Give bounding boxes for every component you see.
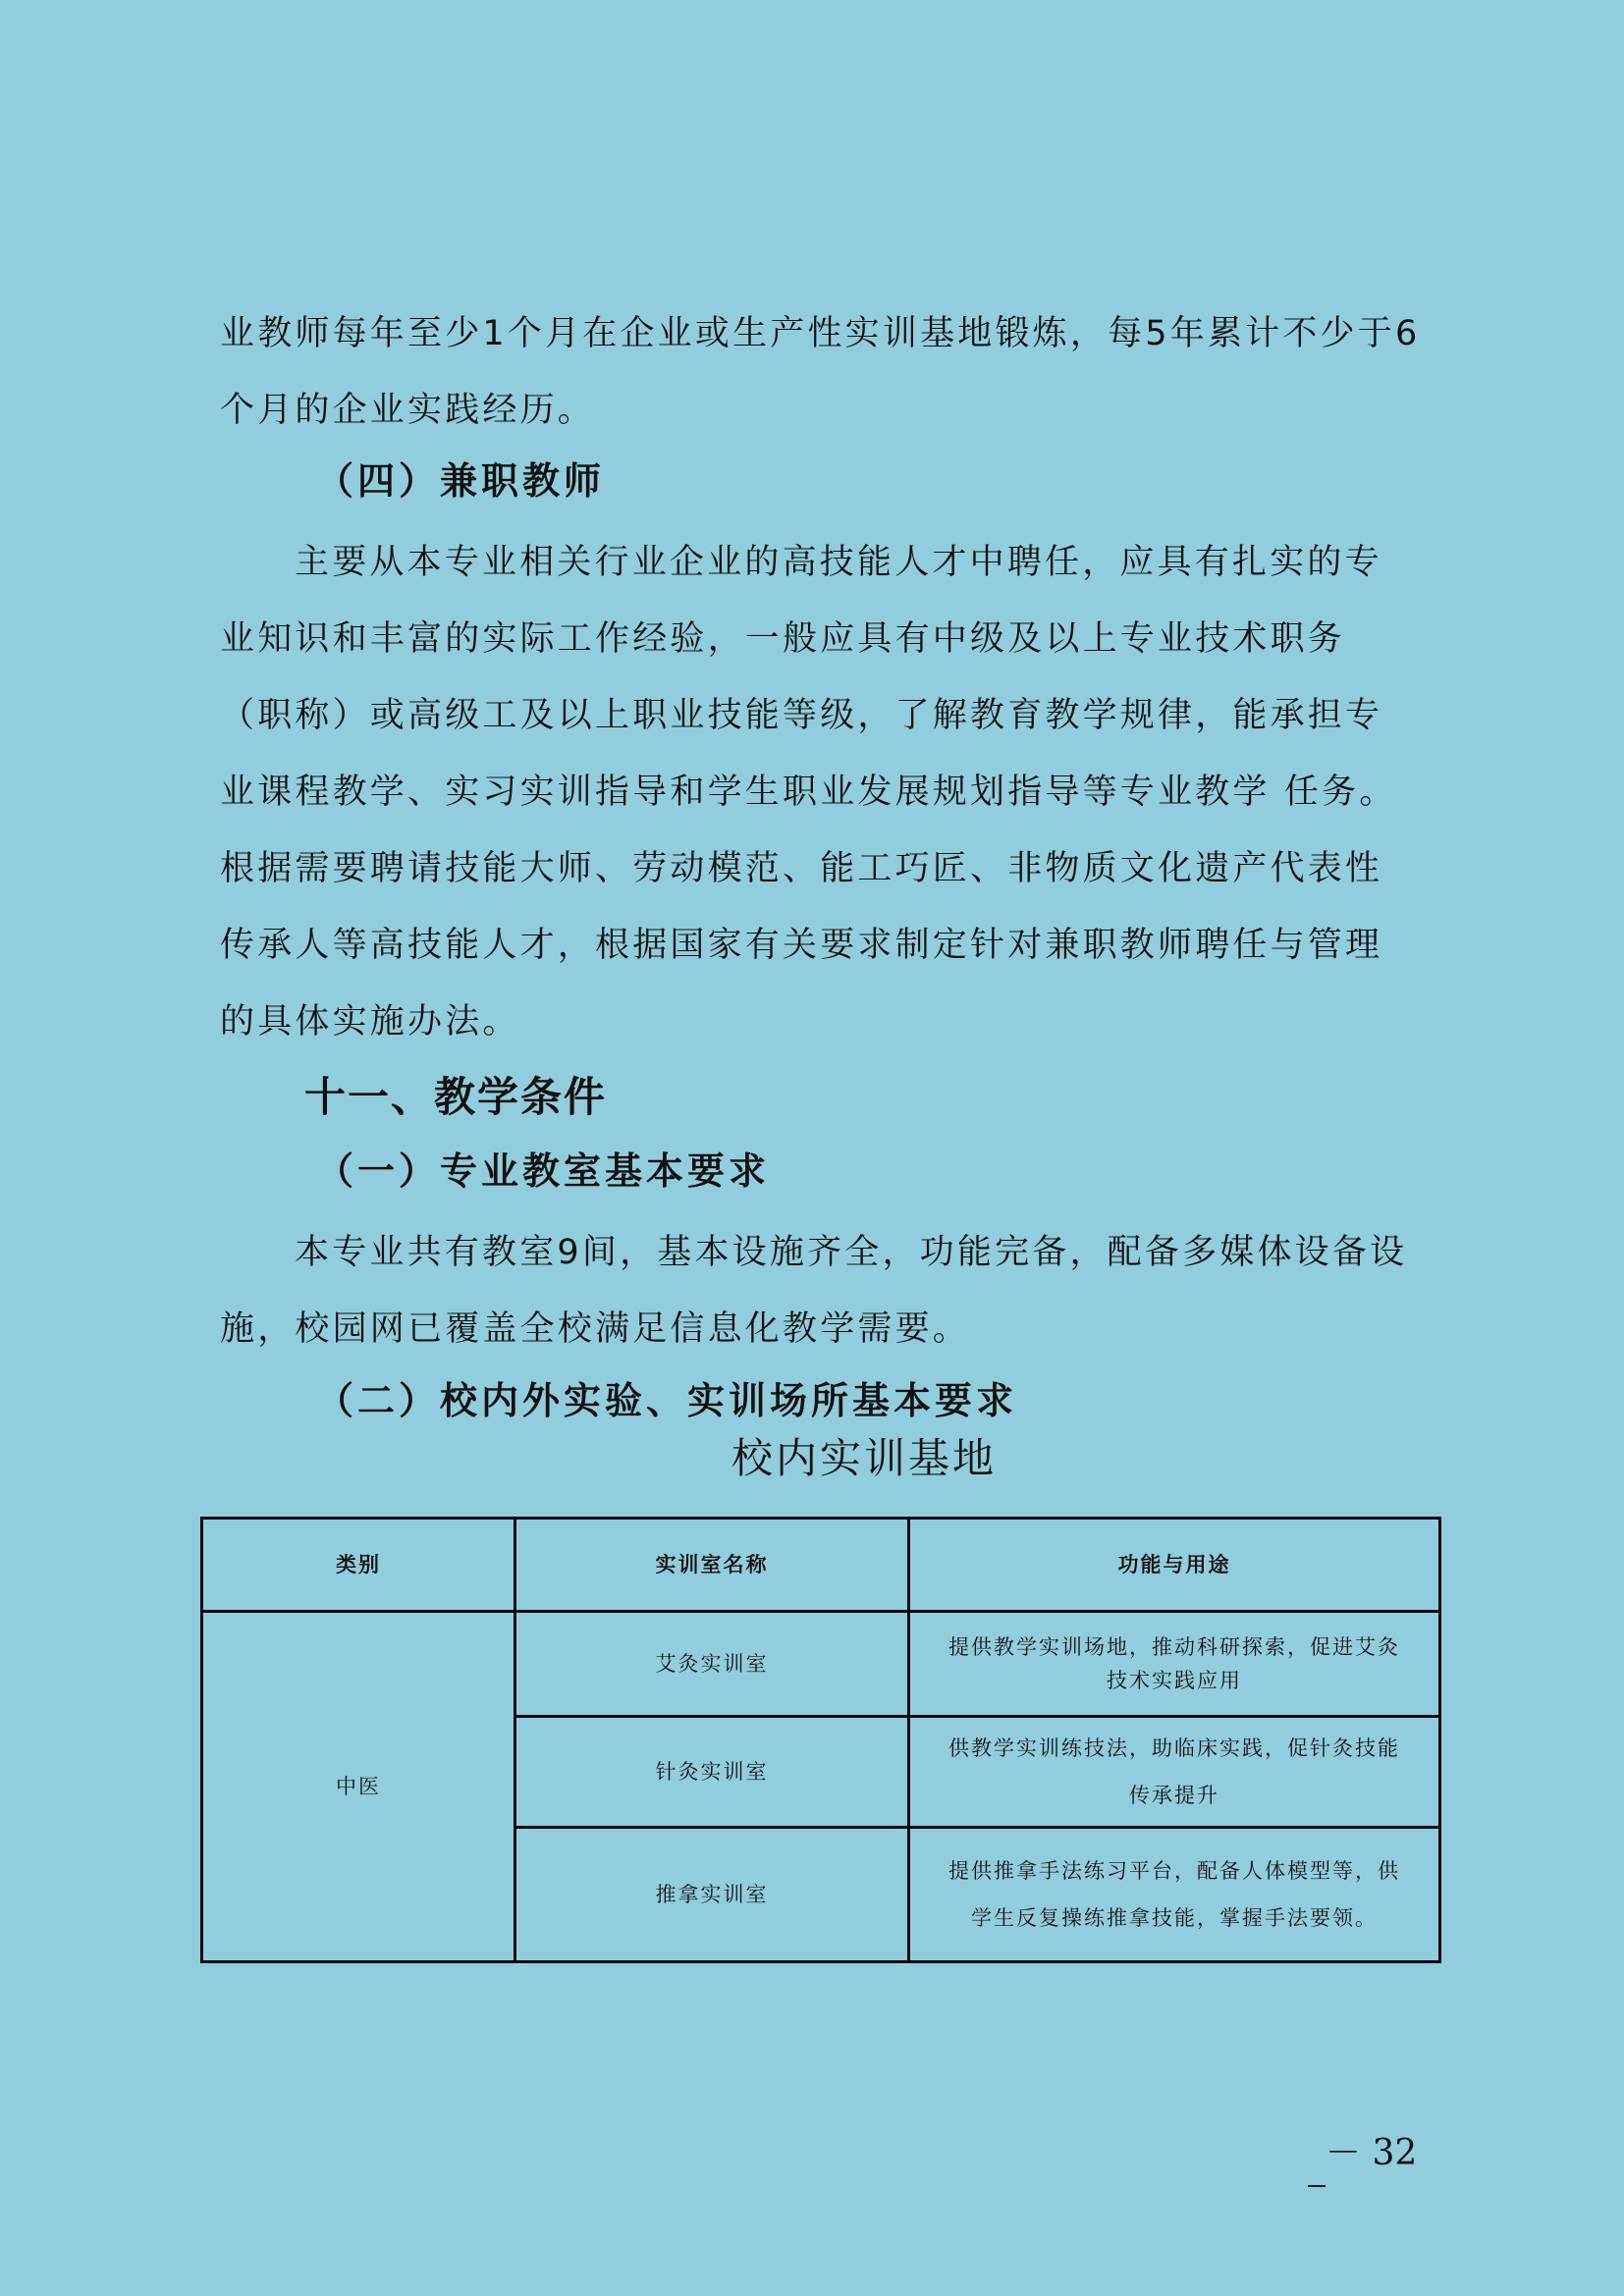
page-number-dash bbox=[1308, 2185, 1326, 2187]
section-heading-classroom-requirements: （一）专业教室基本要求 bbox=[316, 1149, 770, 1193]
table-row: 中医 艾灸实训室 提供教学实训场地，推动科研探索，促进艾灸 技术实践应用 bbox=[202, 1612, 1440, 1717]
room-name-cell: 推拿实训室 bbox=[515, 1828, 909, 1962]
room-name-cell: 针灸实训室 bbox=[515, 1717, 909, 1828]
training-base-table: 类别 实训室名称 功能与用途 中医 艾灸实训室 提供教学实训场地，推动科研探索，… bbox=[200, 1517, 1441, 1963]
header-room-name: 实训室名称 bbox=[515, 1519, 909, 1612]
body-line: 主要从本专业相关行业企业的高技能人才中聘任，应具有扎实的专 bbox=[295, 543, 1502, 582]
body-line: 个月的企业实践经历。 bbox=[220, 391, 1428, 430]
body-line: 根据需要聘请技能大师、劳动模范、能工巧匠、非物质文化遗产代表性 bbox=[220, 849, 1428, 888]
body-line: （职称）或高级工及以上职业技能等级，了解教育教学规律，能承担专 bbox=[220, 696, 1428, 735]
body-line: 业教师每年至少1个月在企业或生产性实训基地锻炼，每5年累计不少于6 bbox=[220, 314, 1428, 353]
function-cell: 提供推拿手法练习平台，配备人体模型等，供 学生反复操练推拿技能，掌握手法要领。 bbox=[909, 1828, 1440, 1962]
body-line: 施，校园网已覆盖全校满足信息化教学需要。 bbox=[220, 1309, 1428, 1349]
body-line: 业课程教学、实习实训指导和学生职业发展规划指导等专业教学 任务。 bbox=[220, 773, 1428, 812]
function-line: 传承提升 bbox=[928, 1772, 1421, 1819]
body-line: 业知识和丰富的实际工作经验，一般应具有中级及以上专业技术职务 bbox=[220, 619, 1428, 659]
table-header-row: 类别 实训室名称 功能与用途 bbox=[202, 1519, 1440, 1612]
function-line: 提供推拿手法练习平台，配备人体模型等，供 bbox=[928, 1847, 1421, 1895]
header-category: 类别 bbox=[202, 1519, 515, 1612]
function-cell: 提供教学实训场地，推动科研探索，促进艾灸 技术实践应用 bbox=[909, 1612, 1440, 1717]
function-line: 技术实践应用 bbox=[928, 1664, 1421, 1697]
function-line: 提供教学实训场地，推动科研探索，促进艾灸 bbox=[928, 1630, 1421, 1664]
category-cell: 中医 bbox=[202, 1612, 515, 1962]
section-heading-part-time-teachers: （四）兼职教师 bbox=[316, 459, 605, 503]
function-cell: 供教学实训练技法，助临床实践，促针灸技能 传承提升 bbox=[909, 1717, 1440, 1828]
header-function: 功能与用途 bbox=[909, 1519, 1440, 1612]
function-line: 供教学实训练技法，助临床实践，促针灸技能 bbox=[928, 1725, 1421, 1772]
room-name-cell: 艾灸实训室 bbox=[515, 1612, 909, 1717]
body-line: 的具体实施办法。 bbox=[220, 1002, 1428, 1041]
table-caption: 校内实训基地 bbox=[731, 1435, 997, 1482]
body-line: 本专业共有教室9间，基本设施齐全，功能完备，配备多媒体设备设 bbox=[295, 1233, 1502, 1272]
section-heading-training-sites: （二）校内外实验、实训场所基本要求 bbox=[316, 1379, 1017, 1422]
page-number: － 32 bbox=[1326, 2125, 1417, 2175]
body-line: 传承人等高技能人才，根据国家有关要求制定针对兼职教师聘任与管理 bbox=[220, 926, 1428, 965]
chapter-heading-teaching-conditions: 十一、教学条件 bbox=[304, 1074, 607, 1121]
function-line: 学生反复操练推拿技能，掌握手法要领。 bbox=[928, 1895, 1421, 1942]
